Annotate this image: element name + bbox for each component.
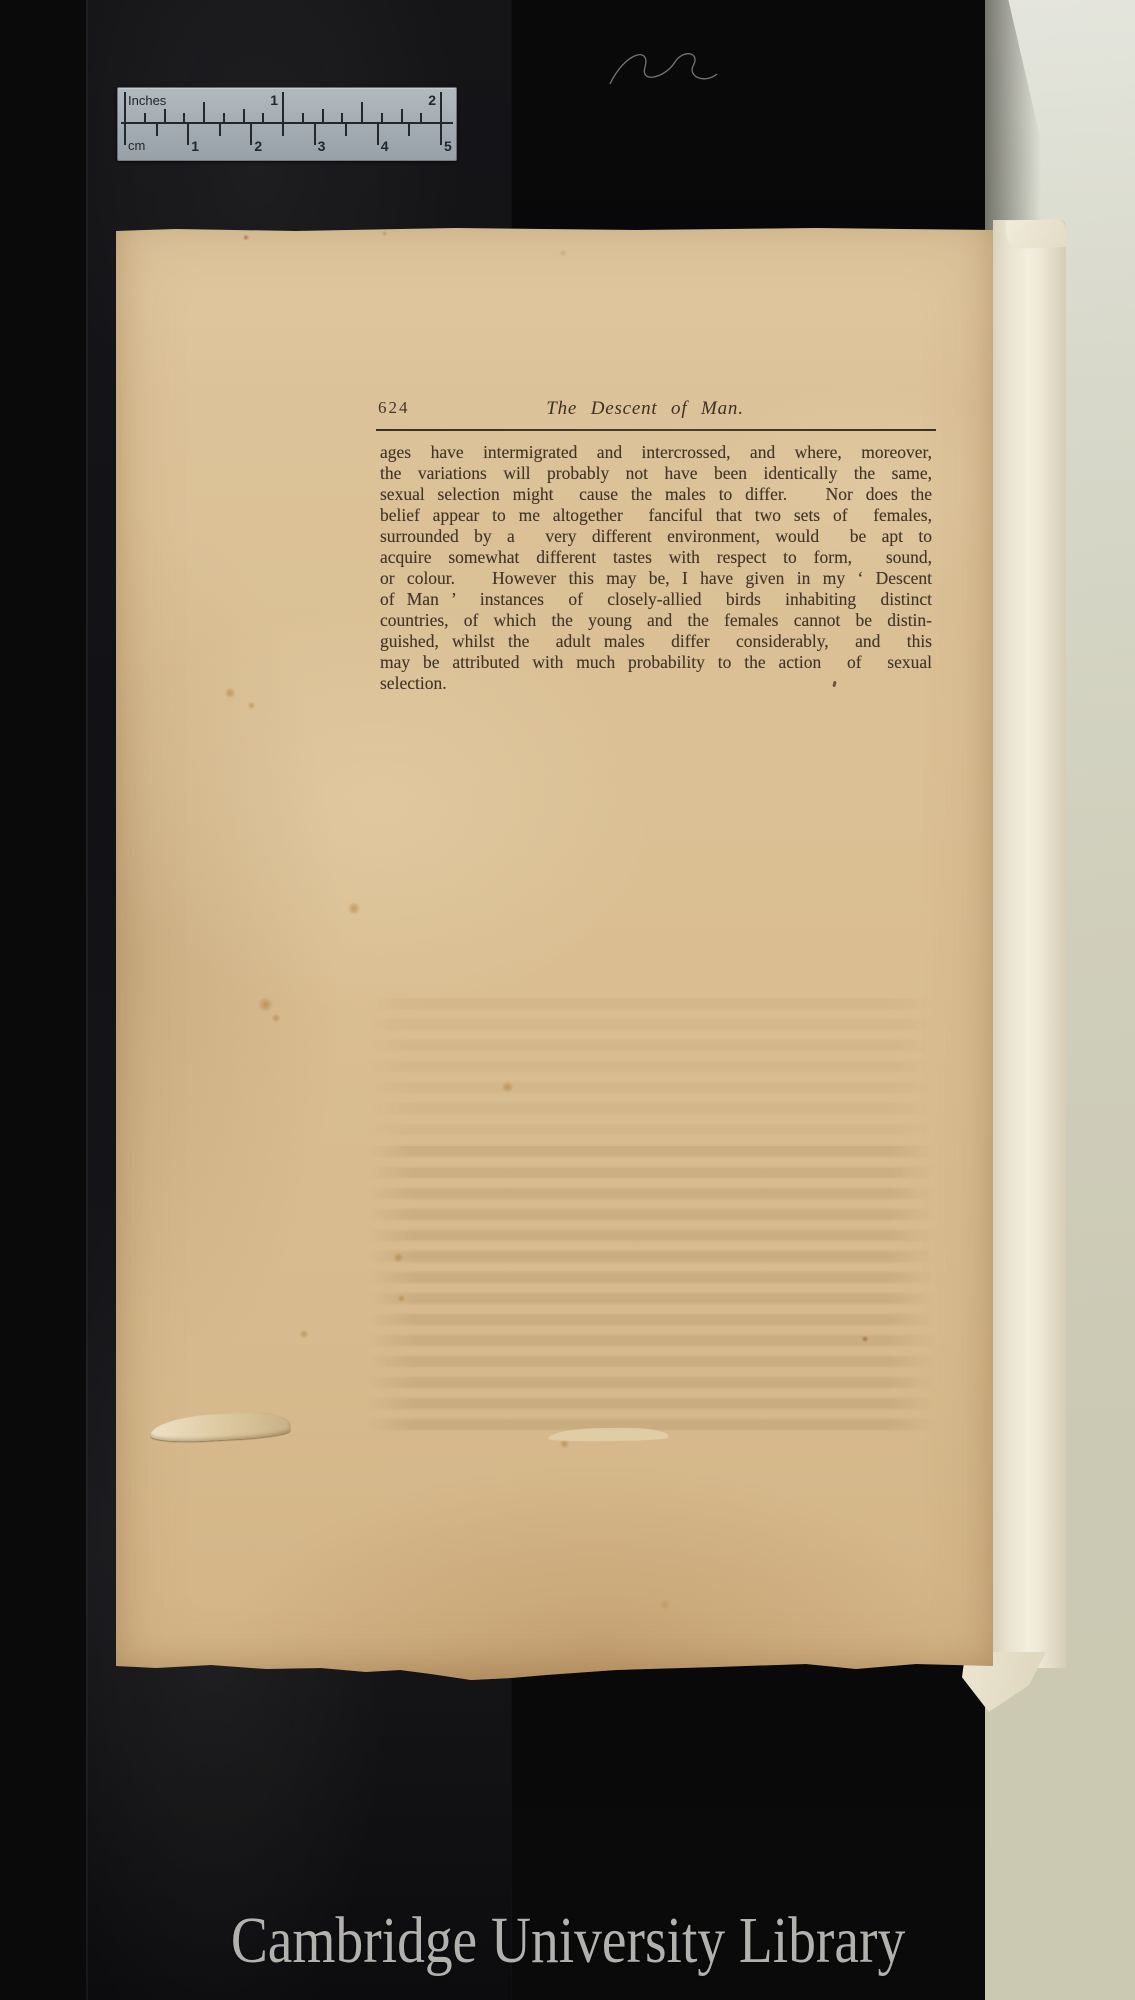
text-line: belief appear to me altogether fanciful … (380, 505, 932, 526)
cm-number: 3 (318, 139, 326, 153)
verso-show-through (368, 1146, 934, 1434)
text-line: surrounded by a very different environme… (380, 526, 932, 547)
ruler-midline (121, 122, 453, 124)
inch-tick (420, 113, 422, 122)
foxing-spot (398, 1295, 405, 1302)
book-page: 624 The Descent of Man. ages have interm… (116, 228, 993, 1680)
text-line: countries, of which the young and the fe… (380, 610, 932, 631)
inch-tick (302, 113, 304, 122)
foxing-spot (502, 1082, 513, 1092)
cm-tick (124, 124, 126, 145)
text-line: or colour. However this may be, I have g… (380, 568, 932, 589)
inch-tick (164, 109, 166, 122)
foxing-spot (862, 1336, 868, 1342)
cm-tick (156, 124, 158, 136)
tissue-corner (1006, 219, 1067, 249)
page-header: 624 The Descent of Man. (116, 398, 993, 428)
foxing-spot (382, 231, 387, 236)
cm-tick (250, 124, 252, 145)
cm-number: 4 (381, 139, 389, 153)
inch-number: 1 (262, 93, 278, 107)
foxing-spot (560, 1440, 569, 1448)
foxing-spot (272, 1014, 280, 1022)
body-text: ages have intermigrated and intercrossed… (380, 442, 932, 694)
inch-number: 2 (420, 93, 436, 107)
inch-tick (282, 92, 284, 122)
ruler-inches-label: Inches (128, 94, 166, 107)
inch-tick (322, 109, 324, 122)
book-fore-edge (993, 220, 1066, 1668)
foxing-spot (348, 903, 360, 914)
cm-tick (282, 124, 284, 136)
cm-tick (377, 124, 379, 145)
inch-tick (124, 92, 126, 122)
inch-tick (243, 109, 245, 122)
text-line: acquire somewhat different tastes with r… (380, 547, 932, 568)
text-line: the variations will probably not have be… (380, 463, 932, 484)
foxing-spot (248, 702, 255, 709)
cm-number: 2 (254, 139, 262, 153)
header-rule (376, 429, 936, 431)
inch-tick (203, 102, 205, 122)
foxing-spot (243, 235, 249, 240)
foxing-spot (660, 1600, 670, 1609)
text-line: sexual selection might cause the males t… (380, 484, 932, 505)
text-line: ages have intermigrated and intercrossed… (380, 442, 932, 463)
verso-show-through (368, 998, 934, 1148)
foxing-spot (394, 1253, 403, 1262)
inch-tick (341, 113, 343, 122)
inch-tick (401, 109, 403, 122)
text-line: guished, whilst the adult males differ c… (380, 631, 932, 652)
inch-tick (361, 102, 363, 122)
cm-tick (408, 124, 410, 136)
cm-tick (314, 124, 316, 145)
inch-tick (144, 113, 146, 122)
measurement-ruler: Inches cm 1212345 (117, 87, 457, 161)
text-line: of Man ’ instances of closely-allied bir… (380, 589, 932, 610)
running-title: The Descent of Man. (546, 398, 744, 420)
foxing-spot (300, 1330, 308, 1338)
cm-tick (219, 124, 221, 136)
foxing-spot (258, 998, 273, 1011)
library-caption: Cambridge University Library (231, 1903, 905, 1979)
scanned-book-photograph: { "caption": { "library": "Cambridge Uni… (0, 0, 1135, 2000)
cm-tick (345, 124, 347, 136)
foxing-spot (225, 688, 235, 698)
text-line: may be attributed with much probability … (380, 652, 932, 673)
cm-number: 1 (191, 139, 199, 153)
cm-tick (440, 124, 442, 145)
inch-tick (183, 113, 185, 122)
text-line: selection. (380, 673, 932, 694)
inch-tick (381, 113, 383, 122)
inch-tick (262, 113, 264, 122)
cm-tick (187, 124, 189, 145)
foxing-spot (560, 250, 566, 256)
inch-tick (223, 113, 225, 122)
cm-number: 5 (444, 139, 452, 153)
inch-tick (440, 92, 442, 122)
ruler-cm-label: cm (128, 139, 145, 152)
page-number: 624 (378, 398, 410, 418)
stray-fibre (605, 22, 735, 112)
